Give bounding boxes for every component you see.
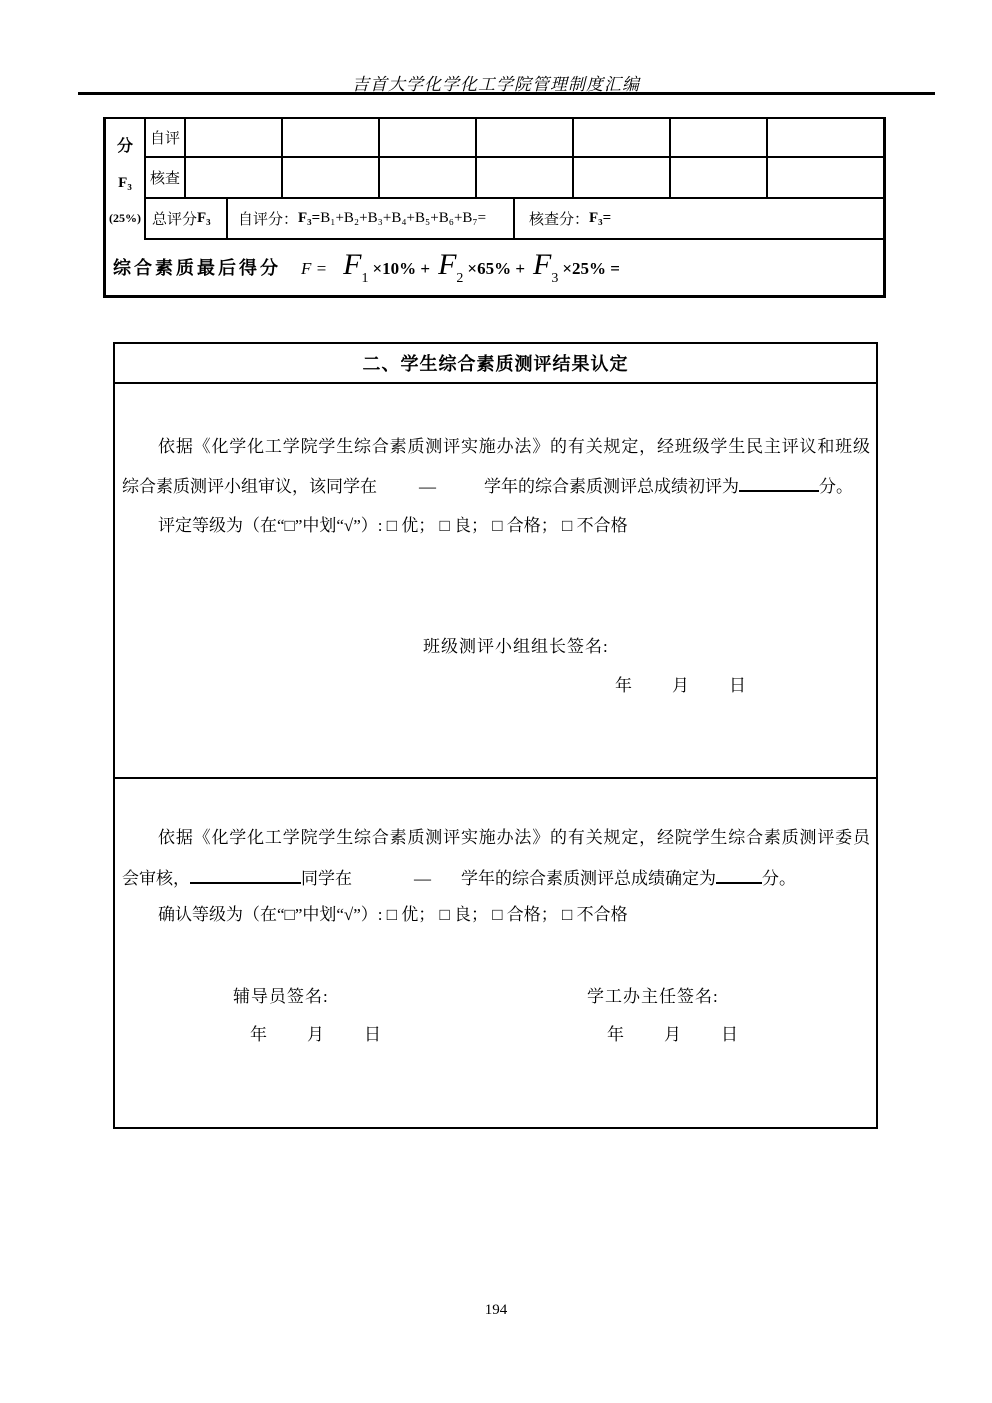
part2-paragraph-line2: 会审核，同学在—学年的综合素质测评总成绩确定为分。 [122,867,870,889]
score-table: 分 F₃ (25%) 自评 核查 [103,117,886,298]
label-score-char: 分 [117,133,133,156]
section-title: 二、学生综合素质测评结果认定 [115,344,876,384]
part2-date-line-right: 年 月 日 [607,1020,740,1045]
class-level-confirmation: 依据《化学化工学院学生综合素质测评实施办法》的有关规定，经班级学生民主评议和班级… [115,384,876,779]
student-affairs-director-signature-label: 学工办主任签名: [587,982,719,1007]
check-formula-f3: F₃= [589,210,611,227]
check-formula-label: 核查分： [529,208,589,229]
college-level-confirmation: 依据《化学化工学院学生综合素质测评实施办法》的有关规定，经院学生综合素质测评委员… [115,779,876,1123]
self-eval-cell-5 [574,119,671,156]
total-label-text: 总评分 [152,208,197,229]
label-f3: F₃ [118,175,132,192]
final-score-row: 综合素质最后得分F =F1×10% +F2×65% +F3×25% = [106,240,883,293]
counselor-signature-label: 辅导员签名: [233,982,329,1007]
check-cell-4 [477,158,574,197]
formula-f3-weight: ×25% = [562,259,620,278]
year-range-dash: — [414,869,431,888]
total-score-row: 总评分 F₃ 自评分：F₃=B₁+B₂+B₃+B₄+B₅+B₆+B₇= 核查分：… [146,199,883,240]
check-cell-2 [283,158,380,197]
part2-line2-pre: 会审核， [122,869,190,888]
part1-date-line: 年 月 日 [615,671,748,696]
formula-f2-subscript: 2 [456,271,463,286]
self-eval-cell-1 [186,119,283,156]
total-score-label: 总评分 F₃ [146,199,228,238]
label-weight-25pct: (25%) [109,211,141,226]
part2-date-line-left: 年 月 日 [250,1020,383,1045]
part1-paragraph-line2: 综合素质测评小组审议，该同学在—学年的综合素质测评总成绩初评为分。 [122,475,870,497]
score-table-grid: 分 F₃ (25%) 自评 核查 [106,119,883,240]
total-label-f3: F₃ [197,210,211,227]
year-range-dash: — [419,477,436,496]
class-group-leader-signature-label: 班级测评小组组长签名: [423,632,609,657]
result-confirmation-section: 二、学生综合素质测评结果认定 依据《化学化工学院学生综合素质测评实施办法》的有关… [113,342,878,1129]
part1-line2-mid: 学年的综合素质测评总成绩初评为 [484,477,739,496]
part1-paragraph-line1: 依据《化学化工学院学生综合素质测评实施办法》的有关规定，经班级学生民主评议和班级 [122,437,870,457]
part1-grade-checkbox-line: 评定等级为（在“□”中划“√”）: □ 优； □ 良； □ 合格； □ 不合格 [122,516,870,536]
self-formula-terms: B₁+B₂+B₃+B₄+B₅+B₆+B₇= [320,210,486,227]
header-rule [78,92,935,95]
self-eval-label: 自评 [146,119,186,156]
document-page: 吉首大学化学化工学院管理制度汇编 分 F₃ (25%) 自评 [0,0,992,1403]
formula-f3-subscript: 3 [551,271,558,286]
final-score-blank [716,867,762,884]
self-eval-row: 自评 [146,119,883,158]
student-name-blank [190,867,301,884]
page-number: 194 [0,1302,992,1319]
check-cell-1 [186,158,283,197]
part1-line2-pre: 综合素质测评小组审议，该同学在 [122,477,377,496]
part2-paragraph-line1: 依据《化学化工学院学生综合素质测评实施办法》的有关规定，经院学生综合素质测评委员 [122,828,870,848]
score-table-row-header: 分 F₃ (25%) [106,119,146,240]
formula-f1-subscript: 1 [361,271,368,286]
part2-grade-checkbox-line: 确认等级为（在“□”中划“√”）: □ 优； □ 良； □ 合格； □ 不合格 [122,905,870,925]
formula-f1-weight: ×10% + [372,259,430,278]
part2-line2-post: 分。 [762,869,796,888]
formula-f2-weight: ×65% + [467,259,525,278]
self-score-formula-cell: 自评分：F₃=B₁+B₂+B₃+B₄+B₅+B₆+B₇= [228,199,515,238]
check-cell-7 [768,158,883,197]
part2-line2-mid1: 同学在 [301,869,352,888]
self-eval-cell-3 [380,119,477,156]
check-cell-3 [380,158,477,197]
check-row: 核查 [146,158,883,199]
self-formula-label: 自评分： [238,208,298,229]
check-cell-5 [574,158,671,197]
self-eval-cell-7 [768,119,883,156]
formula-f-equals: F = [301,259,327,278]
self-eval-cell-4 [477,119,574,156]
check-cell-6 [671,158,768,197]
formula-f1: F [343,248,361,281]
part2-line2-mid2: 学年的综合素质测评总成绩确定为 [461,869,716,888]
score-table-rows: 自评 核查 [146,119,883,240]
part1-line2-post: 分。 [819,477,853,496]
check-score-formula-cell: 核查分：F₃= [515,199,883,238]
initial-score-blank [739,475,819,492]
self-formula-f3: F₃= [298,210,320,227]
formula-f2: F [438,248,456,281]
final-score-label: 综合素质最后得分 [113,258,281,278]
check-label: 核查 [146,158,186,197]
self-eval-cell-6 [671,119,768,156]
self-eval-cell-2 [283,119,380,156]
formula-f3: F [533,248,551,281]
